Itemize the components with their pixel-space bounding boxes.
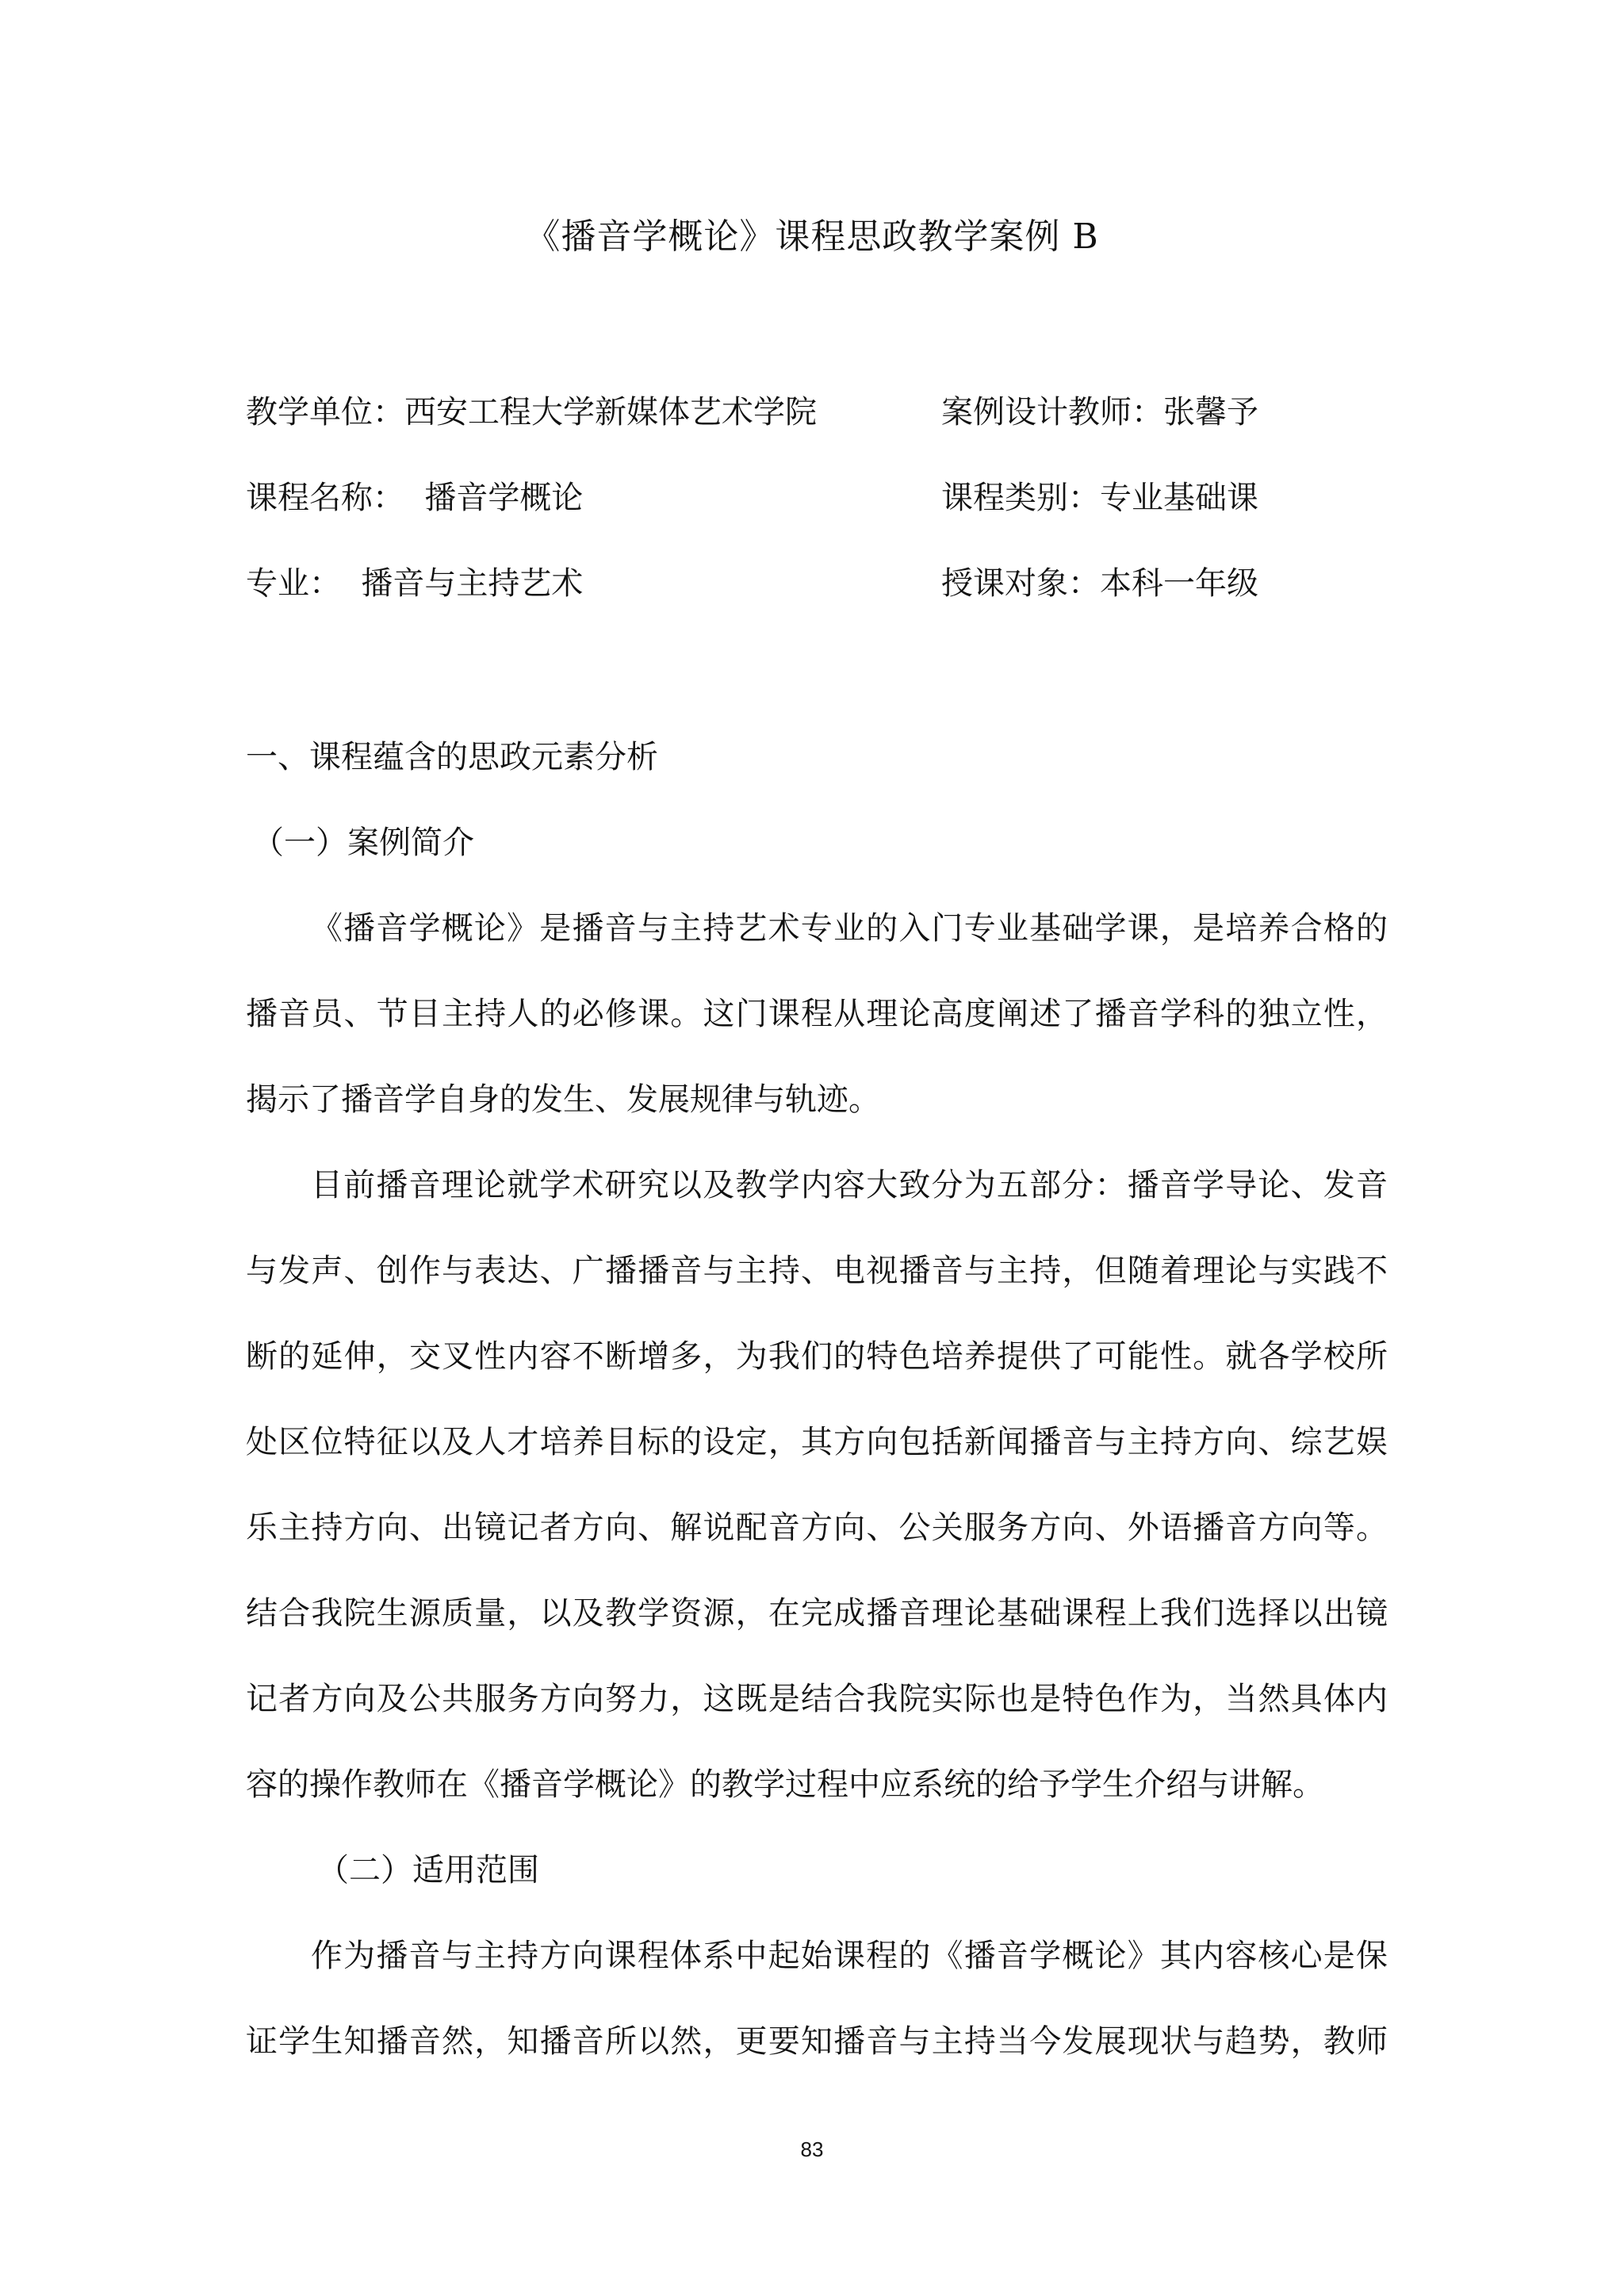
meta-row-unit: 教学单位：西安工程大学新媒体艺术学院 案例设计教师：张馨予: [246, 388, 1388, 436]
meta-teaching-unit: 教学单位：西安工程大学新媒体艺术学院: [246, 388, 817, 436]
paragraph-line: 播音员、节目主持人的必修课。这门课程从理论高度阐述了播音学科的独立性，: [246, 990, 1388, 1038]
meta-course-name: 课程名称： 播音学概论: [246, 474, 583, 522]
meta-row-major: 专业： 播音与主持艺术 授课对象：本科一年级: [246, 560, 1388, 607]
paragraph-line: 证学生知播音然，知播音所以然，更要知播音与主持当今发展现状与趋势，教师: [246, 2018, 1388, 2065]
page-number: 83: [0, 2137, 1624, 2162]
meta-case-designer: 案例设计教师：张馨予: [941, 388, 1258, 436]
paragraph-line: 断的延伸，交叉性内容不断增多，为我们的特色培养提供了可能性。就各学校所: [246, 1333, 1388, 1380]
paragraph-line: 目前播音理论就学术研究以及教学内容大致分为五部分：播音学导论、发音: [311, 1161, 1388, 1209]
paragraph-line: 与发声、创作与表达、广播播音与主持、电视播音与主持，但随着理论与实践不: [246, 1247, 1388, 1295]
paragraph-line: 结合我院生源质量，以及教学资源，在完成播音理论基础课程上我们选择以出镜: [246, 1590, 1388, 1637]
meta-course-category: 课程类别：专业基础课: [941, 474, 1258, 522]
document-page: 《播音学概论》课程思政教学案例 B 教学单位：西安工程大学新媒体艺术学院 案例设…: [0, 0, 1624, 2296]
section-heading-1: 一、课程蕴含的思政元素分析: [246, 733, 658, 781]
subsection-heading-scope: （二）适用范围: [317, 1846, 539, 1894]
paragraph-line: 揭示了播音学自身的发生、发展规律与轨迹。: [246, 1076, 1388, 1123]
meta-row-course: 课程名称： 播音学概论 课程类别：专业基础课: [246, 474, 1388, 522]
meta-major: 专业： 播音与主持艺术: [246, 560, 583, 607]
subsection-heading-case-intro: （一）案例简介: [252, 819, 474, 867]
meta-audience: 授课对象：本科一年级: [941, 560, 1258, 607]
paragraph-line: 《播音学概论》是播音与主持艺术专业的入门专业基础学课，是培养合格的: [311, 905, 1388, 952]
paragraph-line: 容的操作教师在《播音学概论》的教学过程中应系统的给予学生介绍与讲解。: [246, 1761, 1388, 1808]
paragraph-line: 处区位特征以及人才培养目标的设定，其方向包括新闻播音与主持方向、综艺娱: [246, 1418, 1388, 1466]
paragraph-line: 记者方向及公共服务方向努力，这既是结合我院实际也是特色作为，当然具体内: [246, 1675, 1388, 1723]
paragraph-line: 作为播音与主持方向课程体系中起始课程的《播音学概论》其内容核心是保: [311, 1932, 1388, 1980]
paragraph-line: 乐主持方向、出镜记者方向、解说配音方向、公关服务方向、外语播音方向等。: [246, 1504, 1388, 1552]
document-title: 《播音学概论》课程思政教学案例 B: [0, 208, 1624, 258]
